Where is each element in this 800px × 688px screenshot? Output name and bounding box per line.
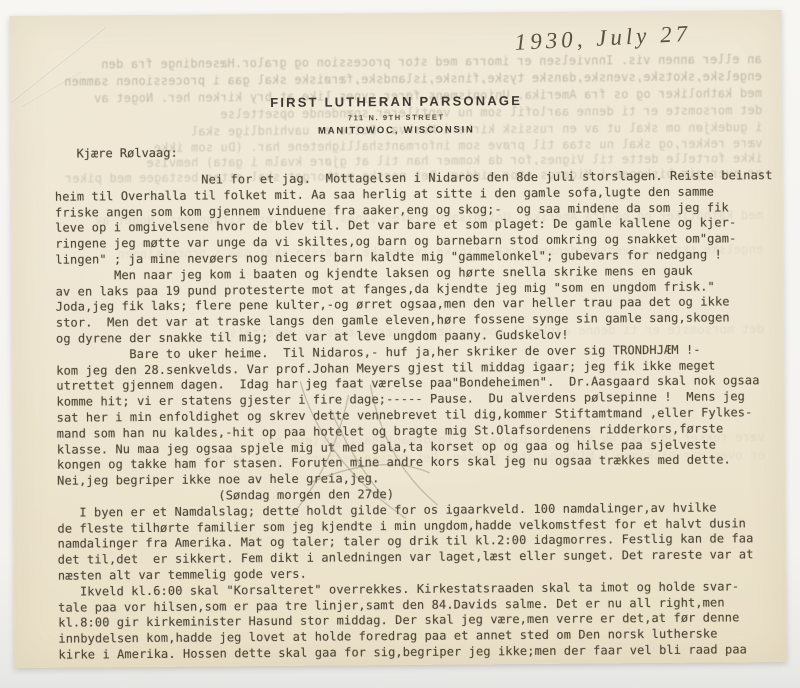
scanned-letter-page: an eller annen vis. Innvielsen er imorra… [0, 0, 800, 688]
salutation: Kjære Rølvaag: [76, 146, 177, 161]
letterhead: FIRST LUTHERAN PARSONAGE 711 N. 9TH STRE… [10, 91, 782, 139]
bleedthrough-line: an eller annen vis. Innvielsen er imorra… [40, 52, 762, 72]
bleedthrough-line: engelske,skotske,svenske,danske tyske,fi… [40, 69, 762, 89]
letter-body: Nei for et jag. Mottagelsen i Nidaros de… [55, 168, 783, 663]
letter-paper: an eller annen vis. Innvielsen er imorra… [9, 10, 786, 668]
